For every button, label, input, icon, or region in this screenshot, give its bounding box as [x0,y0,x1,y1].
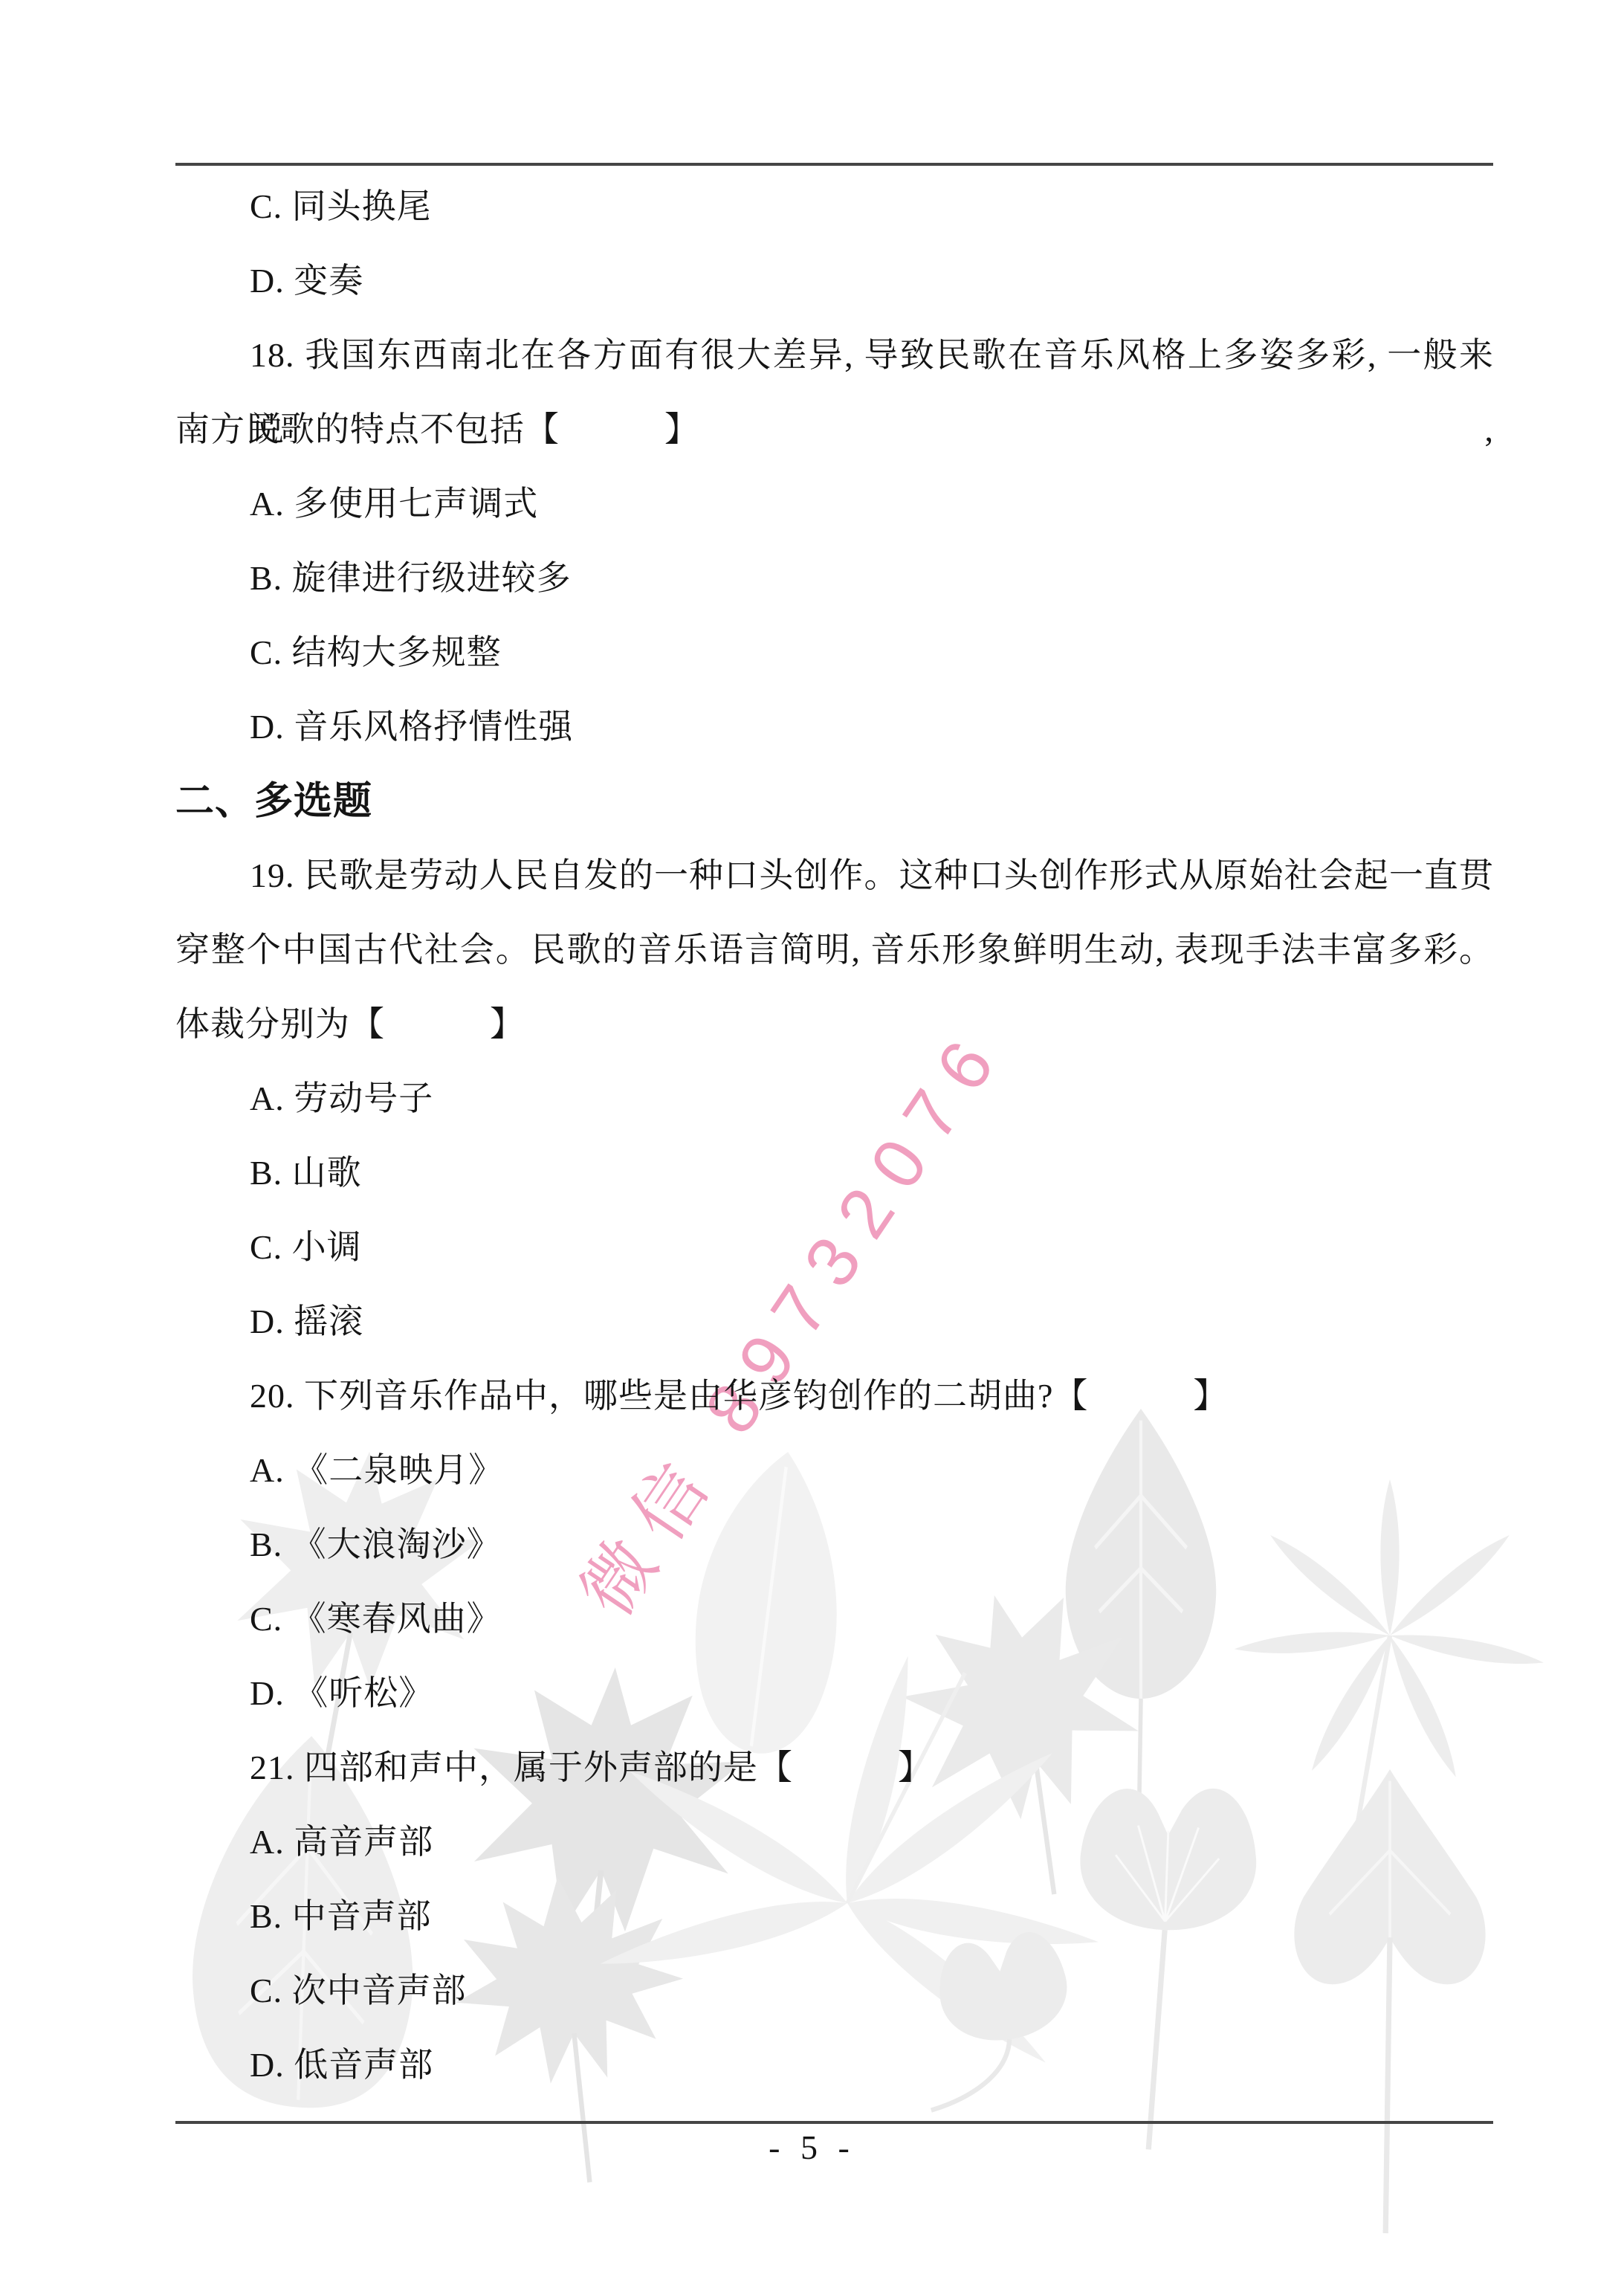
text-line-option: B. 中音声部 [175,1879,1494,1954]
exam-document-page: 微信 89732076 C. 同头换尾D. 变奏18. 我国东西南北在各方面有很… [0,0,1624,2283]
text-line-continuation: 体裁分别为【 】 [175,987,1494,1062]
text-line-option: D. 变奏 [175,244,1494,318]
text-line-question: 18. 我国东西南北在各方面有很大差异, 导致民歌在音乐风格上多姿多彩, 一般来… [175,318,1494,393]
text-line-option: C. 小调 [175,1210,1494,1285]
text-line-option: C. 同头换尾 [175,169,1494,244]
text-line-option: D. 音乐风格抒情性强 [175,690,1494,764]
text-line-option: A. 《二泉映月》 [175,1433,1494,1508]
text-line-question: 19. 民歌是劳动人民自发的一种口头创作。这种口头创作形式从原始社会起一直贯 [175,839,1494,913]
text-line-question: 20. 下列音乐作品中，哪些是由华彦钧创作的二胡曲?【 】 [175,1359,1494,1433]
text-line-question: 21. 四部和声中，属于外声部的是【 】 [175,1731,1494,1805]
header-rule [175,163,1493,166]
text-line-section: 二、多选题 [175,764,1494,839]
text-line-option: A. 劳动号子 [175,1062,1494,1136]
text-line-option: A. 高音声部 [175,1805,1494,1879]
footer-rule [175,2121,1493,2124]
document-body: C. 同头换尾D. 变奏18. 我国东西南北在各方面有很大差异, 导致民歌在音乐… [175,169,1494,2102]
text-line-option: A. 多使用七声调式 [175,467,1494,541]
page-number: - 5 - [0,2128,1624,2167]
text-line-option: B. 《大浪淘沙》 [175,1508,1494,1582]
text-line-option: C. 《寒春风曲》 [175,1582,1494,1656]
text-line-continuation: 穿整个中国古代社会。民歌的音乐语言简明, 音乐形象鲜明生动, 表现手法丰富多彩。 [175,913,1494,987]
text-line-option: D. 摇滚 [175,1285,1494,1359]
text-line-option: B. 旋律进行级进较多 [175,541,1494,616]
text-line-option: C. 结构大多规整 [175,616,1494,690]
text-line-option: C. 次中音声部 [175,1954,1494,2028]
text-line-option: D. 《听松》 [175,1656,1494,1731]
text-line-option: B. 山歌 [175,1136,1494,1210]
text-line-option: D. 低音声部 [175,2028,1494,2102]
